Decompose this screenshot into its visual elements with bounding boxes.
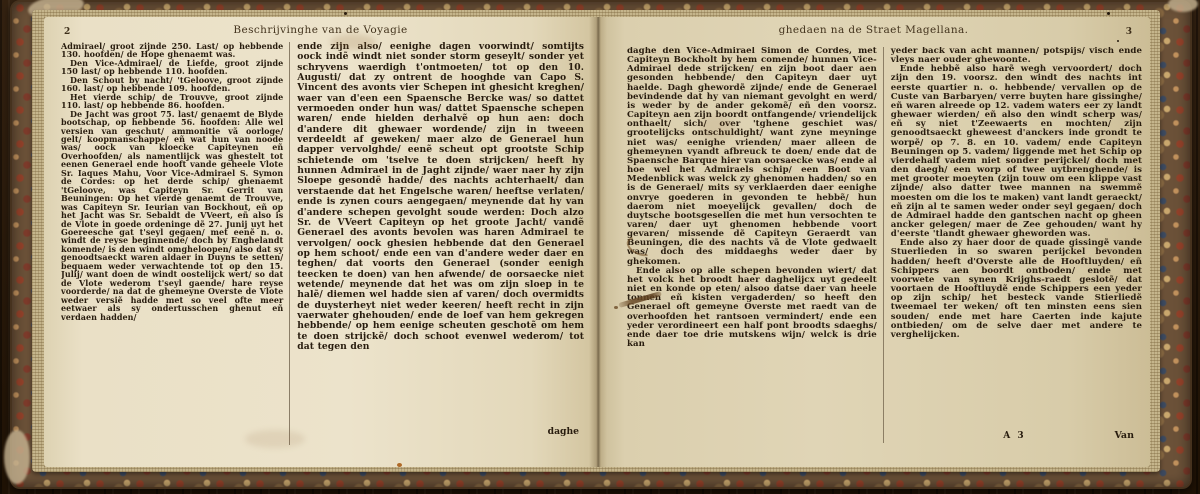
text-column: daghe den Vice-Admirael Simon de Cordes,… — [627, 47, 883, 443]
paragraph: Ende also op alle schepen bevonden wiert… — [627, 267, 877, 349]
folio-number-left: 2 — [64, 27, 70, 37]
folio-number-right: 3 — [1126, 27, 1132, 37]
worn-corner — [1168, 0, 1198, 12]
paragraph: daghe den Vice-Admirael Simon de Cordes,… — [627, 47, 877, 267]
paper-speck — [1107, 12, 1110, 15]
signature-mark: A 3 — [1003, 431, 1025, 441]
paragraph: yeder back van acht mannen/ potspijs/ vi… — [891, 47, 1142, 65]
text-column: yeder back van acht mannen/ potspijs/ vi… — [883, 47, 1142, 443]
right-page-text-block: daghe den Vice-Admirael Simon de Cordes,… — [627, 47, 1142, 443]
left-page-text-block: Admirael/ groot zijnde 250. Last/ op heb… — [61, 42, 584, 445]
catchword: Van — [1114, 430, 1134, 441]
running-title-left: Beschrijvinghe van de Voyagie — [74, 24, 567, 36]
catchword: daghe — [548, 426, 579, 437]
paragraph: Ende hebbẽ also harẽ wegh vervoordert/ d… — [891, 65, 1142, 239]
paper-speck — [1117, 40, 1119, 42]
paragraph: Den Vice-Admirael/ de Liefde, groot zijn… — [61, 59, 283, 76]
right-page: 3 ghedaen na de Straet Magellana. daghe … — [597, 17, 1150, 467]
text-column: ende zijn also/ eenighe dagen voorwindt/… — [289, 42, 584, 445]
paragraph: Admirael/ groot zijnde 250. Last/ op heb… — [61, 42, 283, 59]
ink-smudge — [614, 306, 618, 309]
text-column: Admirael/ groot zijnde 250. Last/ op heb… — [61, 42, 289, 445]
signature-line: A 3 Van — [885, 430, 1134, 441]
paper-speck — [397, 463, 402, 467]
paper-speck — [344, 12, 347, 15]
paragraph: Den Schout by nacht/ 'tGeloove, groot zi… — [61, 76, 283, 93]
paragraph: Het vierde schip/ de Trouvve, groot zijn… — [61, 93, 283, 110]
running-title-right: ghedaen na de Straet Magellana. — [627, 24, 1120, 36]
paragraph: Ende also zy haer door de quade gissingẽ… — [891, 239, 1142, 340]
book-photo: 2 Beschrijvinghe van de Voyagie Admirael… — [0, 0, 1200, 494]
paragraph: ende zijn also/ eenighe dagen voorwindt/… — [297, 42, 584, 352]
open-book-spread: 2 Beschrijvinghe van de Voyagie Admirael… — [44, 17, 1150, 467]
left-page: 2 Beschrijvinghe van de Voyagie Admirael… — [44, 17, 597, 467]
paragraph: De Jacht was groot 75. last/ genaemt de … — [61, 110, 283, 321]
worn-corner — [4, 430, 30, 484]
